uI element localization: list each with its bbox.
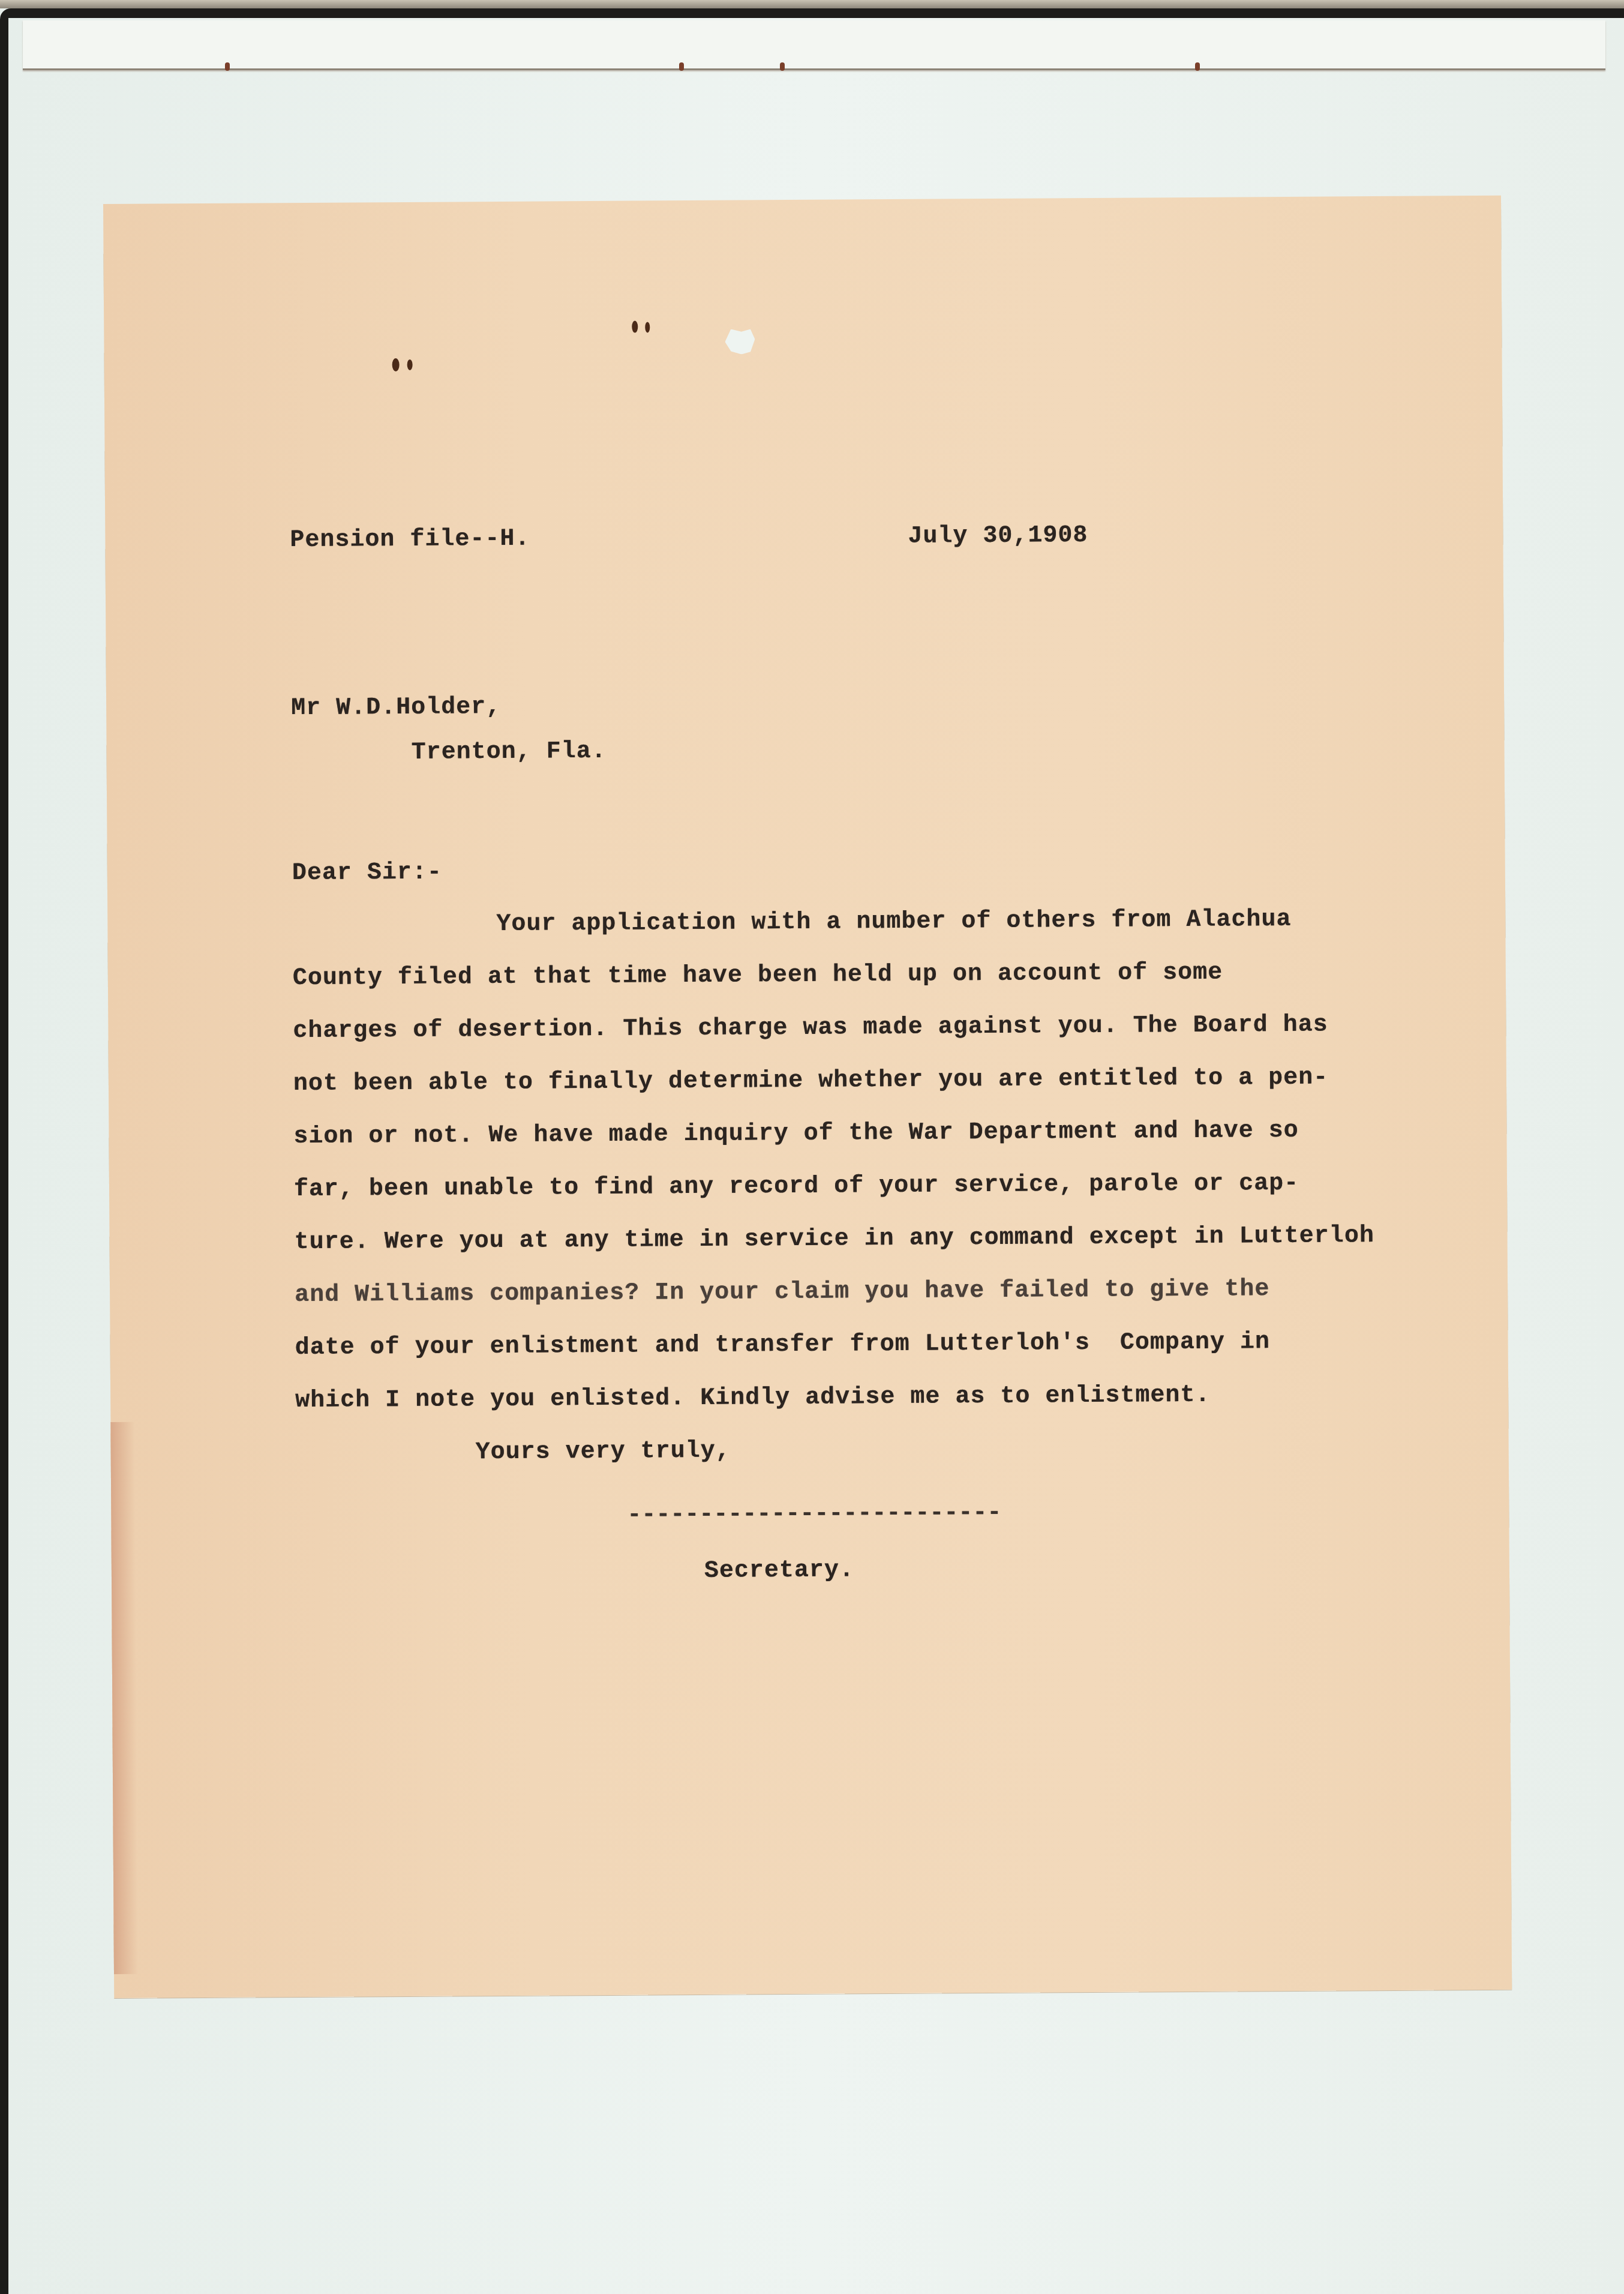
recipient-location: Trenton, Fla. bbox=[411, 738, 606, 766]
body-line: far, been unable to find any record of y… bbox=[294, 1170, 1299, 1203]
signature-title: Secretary. bbox=[704, 1557, 854, 1585]
staple-mark bbox=[632, 321, 638, 333]
staple-mark bbox=[407, 359, 413, 370]
signature-line: -------------------------- bbox=[627, 1500, 1001, 1529]
pin-mark bbox=[1195, 62, 1200, 71]
body-line: which I note you enlisted. Kindly advise… bbox=[295, 1382, 1210, 1414]
staple-mark bbox=[392, 358, 400, 371]
torn-left-edge bbox=[110, 1422, 138, 1974]
staple-mark bbox=[645, 322, 650, 332]
file-reference: Pension file--H. bbox=[290, 526, 530, 554]
letter-page: Pension file--H. July 30,1908 Mr W.D.Hol… bbox=[103, 196, 1512, 1998]
body-line: and Williams companies? In your claim yo… bbox=[295, 1276, 1270, 1309]
pin-mark bbox=[679, 62, 684, 71]
mounting-strip bbox=[23, 20, 1605, 70]
scanner-top-strip bbox=[0, 0, 1624, 8]
body-line: ture. Were you at any time in service in… bbox=[294, 1222, 1374, 1256]
body-line: not been able to finally determine wheth… bbox=[293, 1064, 1329, 1098]
letter-date: July 30,1908 bbox=[908, 522, 1088, 550]
salutation: Dear Sir:- bbox=[292, 859, 442, 887]
body-line: County filed at that time have been held… bbox=[293, 959, 1223, 992]
punch-hole bbox=[725, 329, 755, 354]
pin-mark bbox=[225, 62, 230, 71]
body-line: charges of desertion. This charge was ma… bbox=[293, 1012, 1328, 1045]
body-line: date of your enlistment and transfer fro… bbox=[295, 1329, 1271, 1362]
body-line: Your application with a number of others… bbox=[496, 906, 1291, 938]
body-line: sion or not. We have made inquiry of the… bbox=[293, 1117, 1299, 1150]
pin-mark bbox=[780, 62, 785, 71]
closing: Yours very truly, bbox=[476, 1438, 731, 1467]
recipient-name: Mr W.D.Holder, bbox=[291, 694, 501, 722]
